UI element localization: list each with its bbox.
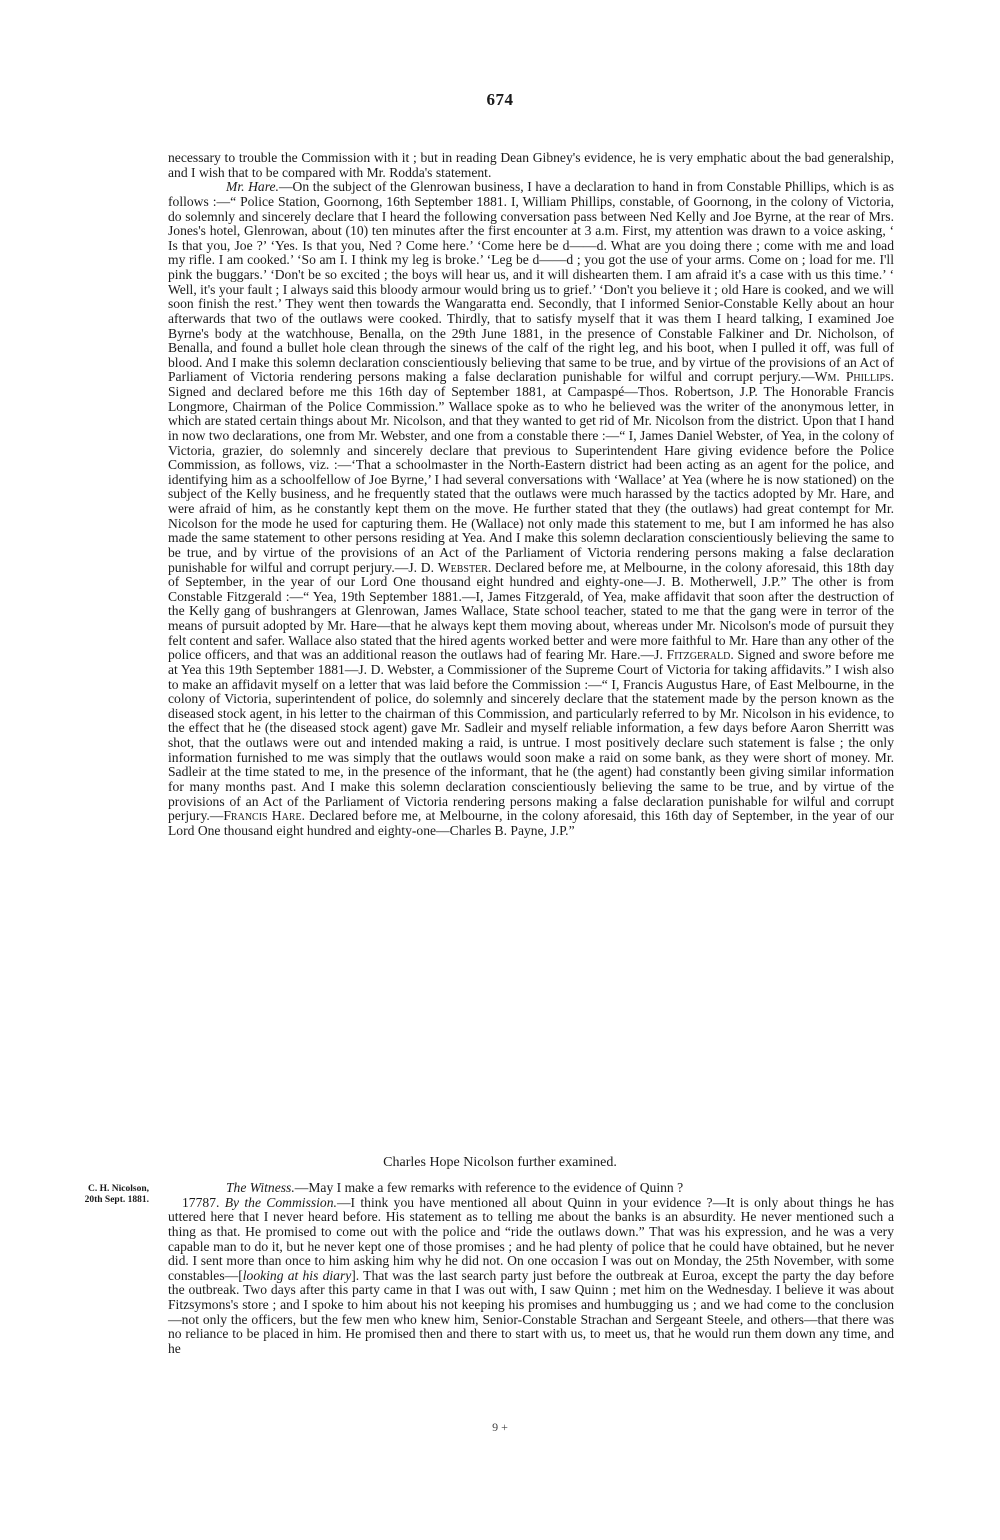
witness-label: The Witness. [226, 1180, 295, 1195]
paragraph-hare-declarations: Mr. Hare.—On the subject of the Glenrowa… [168, 180, 894, 838]
margin-note: C. H. Nicolson, 20th Sept. 1881. [46, 1184, 149, 1206]
witness-text: —May I make a few remarks with reference… [295, 1180, 683, 1195]
signature-webster: Webster. [438, 560, 491, 575]
signature-phillips: Wm. Phillips. [815, 369, 894, 384]
witness-paragraph: The Witness.—May I make a few remarks wi… [168, 1181, 894, 1196]
signature-mark: 9 + [0, 1420, 1000, 1435]
signature-fitzgerald: Fitzgerald. [667, 647, 734, 662]
paragraph-text: —On the subject of the Glenrowan busines… [168, 179, 894, 384]
stage-direction: looking at his diary [243, 1268, 352, 1283]
paragraph-text: Signed and swore before me at Yea this 1… [168, 647, 894, 823]
question-label: By the Commission. [225, 1195, 337, 1210]
paragraph-continuation: necessary to trouble the Commission with… [168, 151, 894, 180]
declarations-body: necessary to trouble the Commission with… [168, 151, 894, 838]
page-number: 674 [0, 90, 1000, 110]
examination-body: The Witness.—May I make a few remarks wi… [168, 1181, 894, 1357]
section-heading: Charles Hope Nicolson further examined. [0, 1155, 1000, 1171]
speaker-label: Mr. Hare. [226, 179, 279, 194]
margin-note-date: 20th Sept. 1881. [46, 1195, 149, 1206]
question-paragraph: 17787. By the Commission.—I think you ha… [168, 1196, 894, 1357]
margin-note-name: C. H. Nicolson, [46, 1184, 149, 1195]
signature-hare: Francis Hare. [223, 808, 305, 823]
question-number: 17787. [182, 1195, 225, 1210]
paragraph-text: Signed and declared before me this 16th … [168, 384, 894, 575]
